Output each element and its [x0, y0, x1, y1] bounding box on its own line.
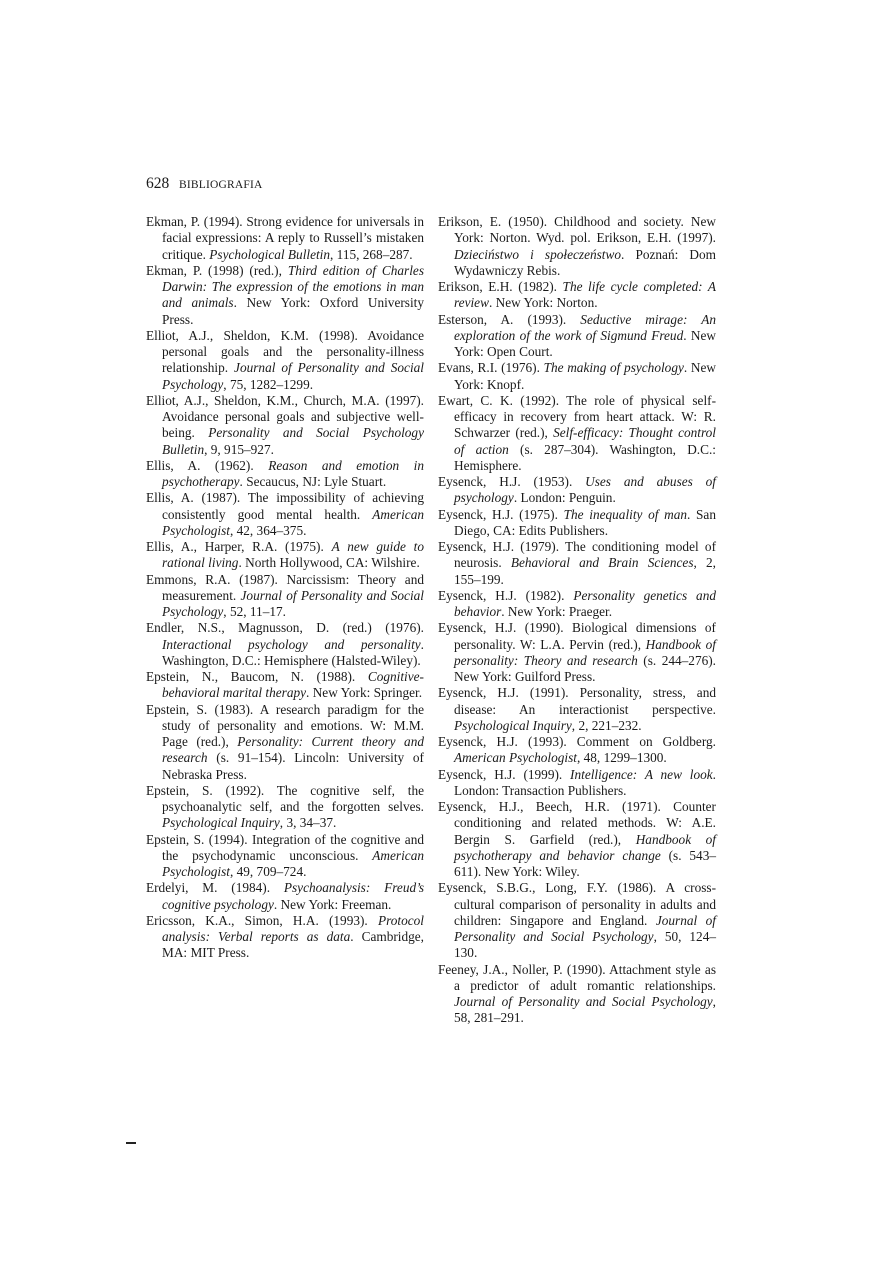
bibliography-entry: Eysenck, H.J. (1982). Personality geneti…: [438, 588, 716, 621]
entry-authors-and-text: Eysenck, H.J. (1982).: [438, 588, 573, 603]
entry-title: Intelligence: A new look: [570, 767, 713, 782]
entry-publication-details: , 42, 364–375.: [230, 523, 306, 538]
entry-authors-and-text: Feeney, J.A., Noller, P. (1990). Attachm…: [438, 962, 716, 993]
bibliography-entry: Ellis, A. (1962). Reason and emotion in …: [146, 458, 424, 491]
bibliography-entry: Ewart, C. K. (1992). The role of physica…: [438, 393, 716, 474]
entry-authors-and-text: Esterson, A. (1993).: [438, 312, 580, 327]
entry-authors-and-text: Ellis, A. (1962).: [146, 458, 268, 473]
entry-publication-details: . New York: Freeman.: [274, 897, 391, 912]
entry-title: Journal of Personality and Social Psycho…: [454, 994, 713, 1009]
bibliography-entry: Eysenck, H.J. (1999). Intelligence: A ne…: [438, 767, 716, 800]
entry-authors-and-text: Eysenck, H.J. (1953).: [438, 474, 585, 489]
bibliography-entry: Epstein, S. (1994). Integration of the c…: [146, 832, 424, 881]
entry-title: The making of psychology: [544, 360, 684, 375]
entry-authors-and-text: Eysenck, H.J. (1999).: [438, 767, 570, 782]
bibliography-entry: Epstein, S. (1983). A research paradigm …: [146, 702, 424, 783]
entry-title: Psychological Inquiry: [454, 718, 572, 733]
page-number: 628: [146, 175, 169, 192]
bibliography-entry: Eysenck, H.J. (1953). Uses and abuses of…: [438, 474, 716, 507]
entry-publication-details: . North Hollywood, CA: Wilshire.: [238, 555, 419, 570]
bibliography-entry: Endler, N.S., Magnusson, D. (red.) (1976…: [146, 620, 424, 669]
bibliography-column-right: Erikson, E. (1950). Childhood and societ…: [438, 214, 716, 1027]
entry-title: Dzieciństwo i społeczeństwo: [454, 247, 621, 262]
bibliography-entry: Evans, R.I. (1976). The making of psycho…: [438, 360, 716, 393]
bibliography-entry: Ekman, P. (1994). Strong evidence for un…: [146, 214, 424, 263]
bibliography-column-left: Ekman, P. (1994). Strong evidence for un…: [146, 214, 424, 962]
entry-authors-and-text: Ekman, P. (1998) (red.),: [146, 263, 288, 278]
entry-authors-and-text: Erdelyi, M. (1984).: [146, 880, 284, 895]
bibliography-entry: Ekman, P. (1998) (red.), Third edition o…: [146, 263, 424, 328]
entry-authors-and-text: Ericsson, K.A., Simon, H.A. (1993).: [146, 913, 378, 928]
bibliography-entry: Feeney, J.A., Noller, P. (1990). Attachm…: [438, 962, 716, 1027]
bibliography-entry: Elliot, A.J., Sheldon, K.M. (1998). Avoi…: [146, 328, 424, 393]
entry-publication-details: . New York: Springer.: [306, 685, 422, 700]
entry-publication-details: , 9, 915–927.: [204, 442, 274, 457]
bibliography-entry: Eysenck, H.J. (1993). Comment on Goldber…: [438, 734, 716, 767]
page-header: 628 BIBLIOGRAFIA: [146, 174, 263, 195]
bibliography-entry: Erikson, E.H. (1982). The life cycle com…: [438, 279, 716, 312]
bibliography-entry: Ellis, A. (1987). The impossibility of a…: [146, 490, 424, 539]
entry-publication-details: . New York: Norton.: [489, 295, 598, 310]
entry-authors-and-text: Epstein, N., Baucom, N. (1988).: [146, 669, 368, 684]
entry-publication-details: . London: Penguin.: [514, 490, 616, 505]
entry-authors-and-text: Ellis, A., Harper, R.A. (1975).: [146, 539, 332, 554]
bibliography-entry: Erdelyi, M. (1984). Psychoanalysis: Freu…: [146, 880, 424, 913]
bibliography-entry: Epstein, N., Baucom, N. (1988). Cognitiv…: [146, 669, 424, 702]
bibliography-entry: Eysenck, H.J. (1991). Personality, stres…: [438, 685, 716, 734]
running-head: BIBLIOGRAFIA: [179, 179, 263, 191]
bibliography-entry: Eysenck, H.J., Beech, H.R. (1971). Count…: [438, 799, 716, 880]
bibliography-entry: Ericsson, K.A., Simon, H.A. (1993). Prot…: [146, 913, 424, 962]
bibliography-entry: Eysenck, H.J. (1975). The inequality of …: [438, 507, 716, 540]
bibliography-entry: Eysenck, S.B.G., Long, F.Y. (1986). A cr…: [438, 880, 716, 961]
margin-mark: [126, 1142, 136, 1144]
entry-title: Behavioral and Brain Sciences: [511, 555, 694, 570]
entry-publication-details: , 49, 709–724.: [230, 864, 306, 879]
entry-publication-details: . Secaucus, NJ: Lyle Stuart.: [240, 474, 387, 489]
entry-authors-and-text: Eysenck, H.J. (1991). Personality, stres…: [438, 685, 716, 716]
bibliography-entry: Emmons, R.A. (1987). Narcissism: Theory …: [146, 572, 424, 621]
entry-title: Psychological Inquiry: [162, 815, 280, 830]
bibliography-entry: Eysenck, H.J. (1979). The conditioning m…: [438, 539, 716, 588]
entry-title: Interactional psychology and personality: [162, 637, 421, 652]
entry-publication-details: , 115, 268–287.: [330, 247, 413, 262]
entry-authors-and-text: Eysenck, H.J. (1975).: [438, 507, 564, 522]
entry-authors-and-text: Endler, N.S., Magnusson, D. (red.) (1976…: [146, 620, 424, 635]
entry-authors-and-text: Evans, R.I. (1976).: [438, 360, 544, 375]
bibliography-entry: Epstein, S. (1992). The cognitive self, …: [146, 783, 424, 832]
bibliography-entry: Ellis, A., Harper, R.A. (1975). A new gu…: [146, 539, 424, 572]
entry-publication-details: , 3, 34–37.: [280, 815, 337, 830]
entry-authors-and-text: Eysenck, H.J. (1993). Comment on Goldber…: [438, 734, 716, 749]
entry-title: American Psychologist: [454, 750, 577, 765]
entry-publication-details: , 2, 221–232.: [572, 718, 642, 733]
entry-authors-and-text: Epstein, S. (1992). The cognitive self, …: [146, 783, 424, 814]
bibliography-entry: Elliot, A.J., Sheldon, K.M., Church, M.A…: [146, 393, 424, 458]
entry-publication-details: . New York: Praeger.: [501, 604, 612, 619]
entry-authors-and-text: Erikson, E.H. (1982).: [438, 279, 563, 294]
entry-publication-details: , 48, 1299–1300.: [577, 750, 667, 765]
entry-authors-and-text: Erikson, E. (1950). Childhood and societ…: [438, 214, 716, 245]
entry-title: The inequality of man: [564, 507, 687, 522]
entry-publication-details: , 52, 11–17.: [223, 604, 286, 619]
bibliography-entry: Esterson, A. (1993). Seductive mirage: A…: [438, 312, 716, 361]
bibliography-entry: Eysenck, H.J. (1990). Biological dimensi…: [438, 620, 716, 685]
entry-title: Psychological Bulletin: [209, 247, 330, 262]
entry-publication-details: , 75, 1282–1299.: [223, 377, 313, 392]
bibliography-entry: Erikson, E. (1950). Childhood and societ…: [438, 214, 716, 279]
